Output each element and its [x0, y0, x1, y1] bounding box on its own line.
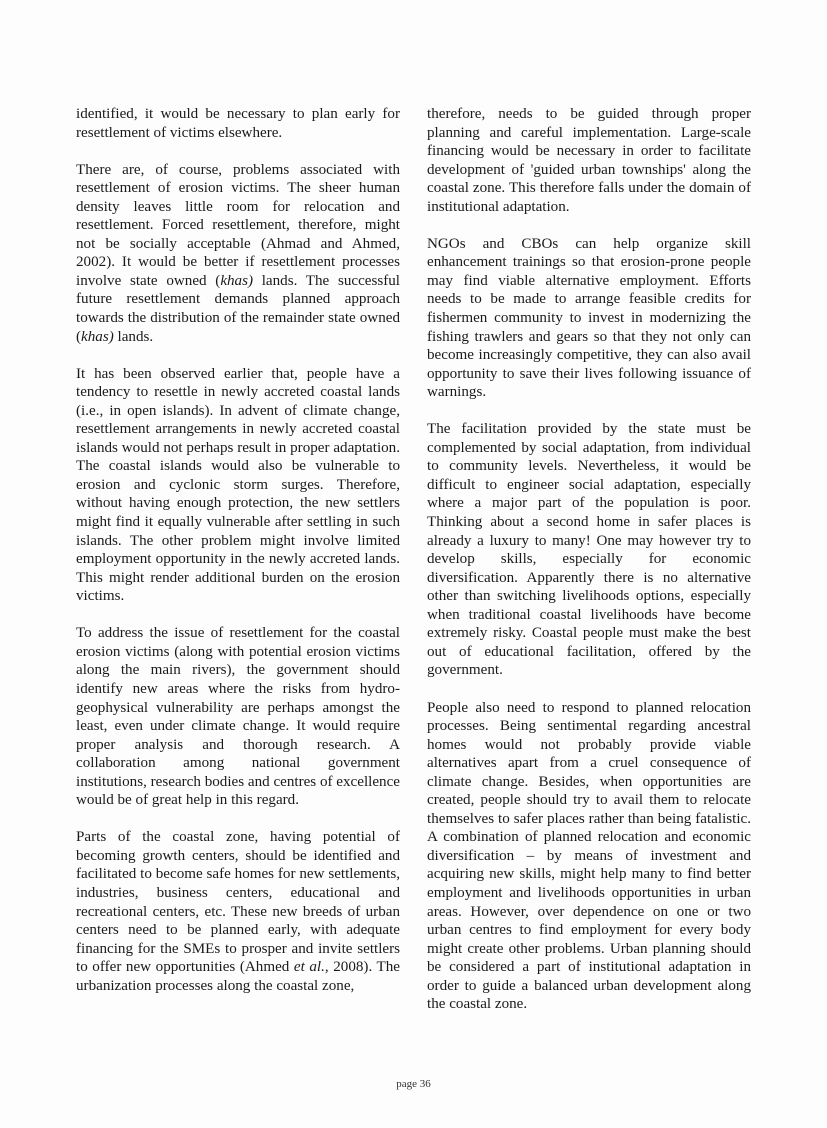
left-column: identified, it would be necessary to pla… — [76, 105, 400, 1014]
paragraph: There are, of course, problems associate… — [76, 161, 400, 346]
paragraph-text: The facilitation provided by the state m… — [427, 421, 751, 678]
page-number: page 36 — [0, 1078, 827, 1090]
italic-text: khas) — [81, 329, 114, 345]
paragraph: NGOs and CBOs can help organize skill en… — [427, 235, 751, 402]
paragraph-text: People also need to respond to planned r… — [427, 700, 751, 1013]
paragraph-text: There are, of course, problems associate… — [76, 162, 400, 289]
paragraph-text: It has been observed earlier that, peopl… — [76, 366, 400, 605]
paragraph: The facilitation provided by the state m… — [427, 420, 751, 680]
paragraph: therefore, needs to be guided through pr… — [427, 105, 751, 216]
paragraph: Parts of the coastal zone, having potent… — [76, 828, 400, 995]
paragraph-text: To address the issue of resettlement for… — [76, 625, 400, 808]
paragraph: To address the issue of resettlement for… — [76, 624, 400, 809]
italic-text: et al. — [294, 959, 325, 975]
paragraph: It has been observed earlier that, peopl… — [76, 365, 400, 606]
italic-text: khas) — [220, 273, 253, 289]
paragraph-text: Parts of the coastal zone, having potent… — [76, 829, 400, 975]
paragraph: identified, it would be necessary to pla… — [76, 105, 400, 142]
paragraph-text: lands. — [114, 329, 153, 345]
paragraph-text: identified, it would be necessary to pla… — [76, 106, 400, 141]
paragraph: People also need to respond to planned r… — [427, 699, 751, 1014]
paragraph-text: therefore, needs to be guided through pr… — [427, 106, 751, 215]
right-column: therefore, needs to be guided through pr… — [427, 105, 751, 1032]
document-page: identified, it would be necessary to pla… — [0, 0, 827, 1128]
paragraph-text: NGOs and CBOs can help organize skill en… — [427, 236, 751, 400]
